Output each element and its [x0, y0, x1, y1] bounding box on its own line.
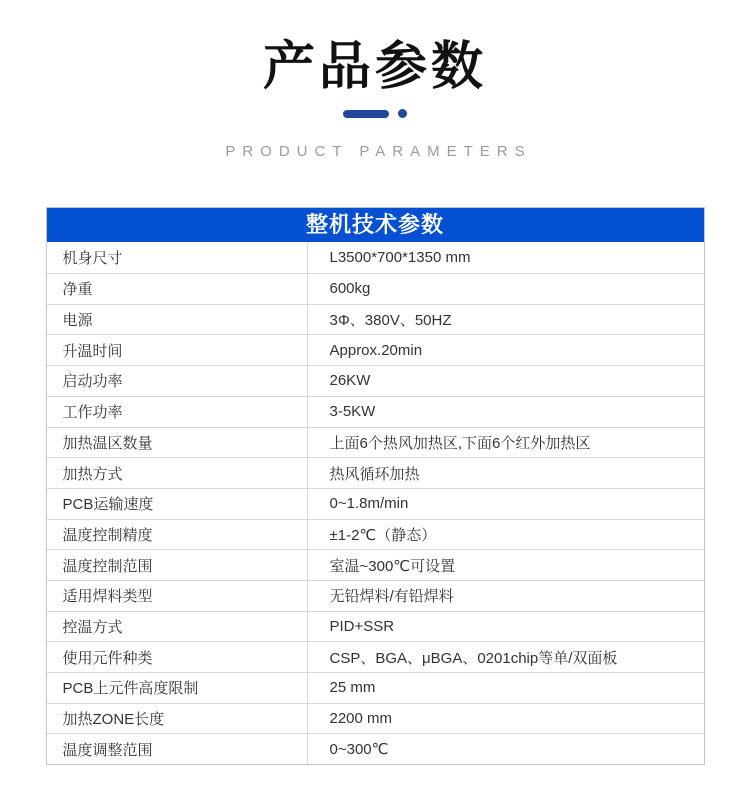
row-label: 启动功率 [47, 366, 308, 396]
row-value: 25 mm [308, 673, 704, 703]
page-title: 产品参数 [0, 36, 750, 98]
row-label: 电源 [47, 305, 308, 335]
table-row: 加热方式热风循环加热 [47, 457, 704, 488]
spec-table: 整机技术参数 机身尺寸L3500*700*1350 mm净重600kg电源3Φ、… [46, 207, 705, 765]
divider-bar-icon [343, 110, 389, 118]
row-label: 温度调整范围 [47, 734, 308, 764]
row-label: 加热ZONE长度 [47, 704, 308, 734]
table-row: 升温时间Approx.20min [47, 334, 704, 365]
row-value: 0~300℃ [308, 734, 704, 764]
row-value: ±1-2℃（静态） [308, 520, 704, 550]
divider-dot-icon [398, 109, 407, 118]
row-label: 控温方式 [47, 612, 308, 642]
row-value: 0~1.8m/min [308, 489, 704, 519]
row-label: 工作功率 [47, 397, 308, 427]
row-value: Approx.20min [308, 335, 704, 365]
row-label: 加热温区数量 [47, 428, 308, 458]
row-label: 使用元件种类 [47, 642, 308, 672]
row-value: 室温~300℃可设置 [308, 550, 704, 580]
row-label: 机身尺寸 [47, 242, 308, 273]
table-row: 控温方式PID+SSR [47, 611, 704, 642]
row-label: PCB运输速度 [47, 489, 308, 519]
page-header: 产品参数 PRODUCT PARAMETERS [0, 0, 750, 160]
table-row: 加热ZONE长度2200 mm [47, 703, 704, 734]
spec-table-body: 机身尺寸L3500*700*1350 mm净重600kg电源3Φ、380V、50… [47, 242, 704, 764]
row-value: CSP、BGA、μBGA、0201chip等单/双面板 [308, 642, 704, 672]
row-value: 无铅焊料/有铅焊料 [308, 581, 704, 611]
row-label: 温度控制精度 [47, 520, 308, 550]
row-label: 净重 [47, 274, 308, 304]
table-row: 机身尺寸L3500*700*1350 mm [47, 242, 704, 273]
table-row: 温度控制精度±1-2℃（静态） [47, 519, 704, 550]
spec-table-title: 整机技术参数 [47, 208, 704, 242]
row-label: 加热方式 [47, 458, 308, 488]
row-value: L3500*700*1350 mm [308, 242, 704, 273]
row-value: 26KW [308, 366, 704, 396]
table-row: PCB运输速度0~1.8m/min [47, 488, 704, 519]
table-row: 温度控制范围室温~300℃可设置 [47, 549, 704, 580]
row-value: 3-5KW [308, 397, 704, 427]
table-row: 净重600kg [47, 273, 704, 304]
title-divider [0, 109, 750, 118]
row-value: 3Φ、380V、50HZ [308, 305, 704, 335]
row-value: PID+SSR [308, 612, 704, 642]
row-label: 适用焊料类型 [47, 581, 308, 611]
row-label: PCB上元件高度限制 [47, 673, 308, 703]
row-label: 升温时间 [47, 335, 308, 365]
table-row: 适用焊料类型无铅焊料/有铅焊料 [47, 580, 704, 611]
table-row: 温度调整范围0~300℃ [47, 733, 704, 764]
table-row: 工作功率3-5KW [47, 396, 704, 427]
row-value: 上面6个热风加热区,下面6个红外加热区 [308, 428, 704, 458]
table-row: 启动功率26KW [47, 365, 704, 396]
page-subtitle: PRODUCT PARAMETERS [0, 143, 750, 160]
table-row: 加热温区数量上面6个热风加热区,下面6个红外加热区 [47, 427, 704, 458]
row-label: 温度控制范围 [47, 550, 308, 580]
row-value: 热风循环加热 [308, 458, 704, 488]
row-value: 600kg [308, 274, 704, 304]
table-row: 使用元件种类CSP、BGA、μBGA、0201chip等单/双面板 [47, 641, 704, 672]
table-row: PCB上元件高度限制25 mm [47, 672, 704, 703]
table-row: 电源3Φ、380V、50HZ [47, 304, 704, 335]
row-value: 2200 mm [308, 704, 704, 734]
